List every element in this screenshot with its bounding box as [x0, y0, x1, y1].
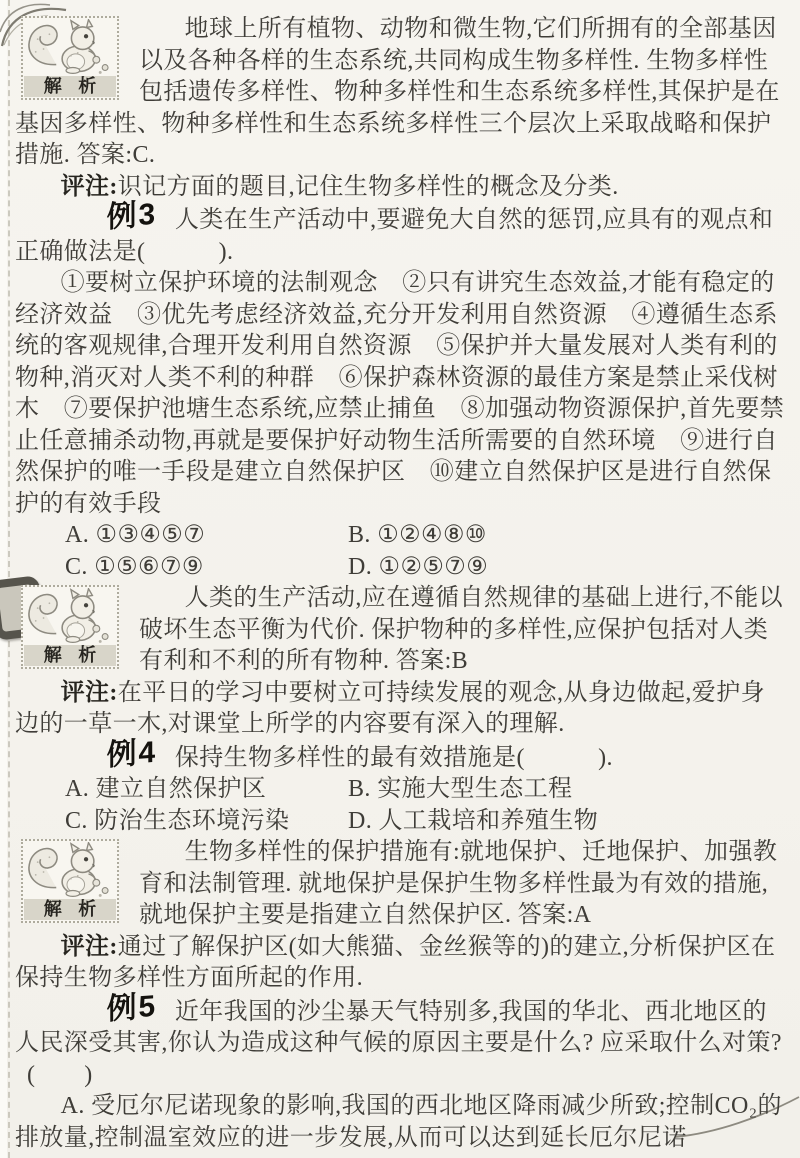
analysis3-text: 生物多样性的保护措施有:就地保护、迁地保护、加强教育和法制管理. 就地保护是保护… [15, 837, 787, 932]
review-note-2: 评注:在平日的学习中要树立可持续发展的观念,从身边做起,爱护身边的一草一木,对课… [15, 678, 787, 741]
scanned-textbook-page: 解 析 地球上所有植物、动物和微生物,它们所拥有的全部基因以及各种各样的生态系统… [0, 0, 800, 1158]
option-c: C. 防治生态环境污染 [65, 806, 348, 838]
analysis-badge-label: 解 析 [24, 76, 116, 97]
review-label: 评注: [61, 680, 118, 706]
option-b: B. 实施大型生态工程 [348, 774, 787, 806]
analysis-block-1: 解 析 地球上所有植物、动物和微生物,它们所拥有的全部基因以及各种各样的生态系统… [15, 14, 787, 172]
analysis-badge-label: 解 析 [24, 645, 116, 666]
review-note-1: 评注:识记方面的题目,记住生物多样性的概念及分类. [15, 172, 787, 204]
example5-answer-blank: ( ) [15, 1060, 787, 1092]
review-text: 通过了解保护区(如大熊猫、金丝猴等的)的建立,分析保护区在保持生物多样性方面所起… [15, 934, 775, 992]
example4-label: 例4 [61, 737, 157, 774]
example4-options: A. 建立自然保护区 B. 实施大型生态工程 C. 防治生态环境污染 D. 人工… [15, 774, 787, 837]
analysis-block-3: 解 析 生物多样性的保护措施有:就地保护、迁地保护、加强教育和法制管理. 就地保… [15, 837, 787, 932]
review-text: 识记方面的题目,记住生物多样性的概念及分类. [118, 174, 619, 200]
review-text: 在平日的学习中要树立可持续发展的观念,从身边做起,爱护身边的一草一木,对课堂上所… [15, 680, 765, 738]
analysis-badge-1: 解 析 [21, 16, 119, 100]
example4-question: 保持生物多样性的最有效措施是( ). [175, 745, 613, 771]
analysis1-text: 地球上所有植物、动物和微生物,它们所拥有的全部基因以及各种各样的生态系统,共同构… [15, 14, 787, 172]
example5-heading: 例5近年我国的沙尘暴天气特别多,我国的华北、西北地区的人民深受其害,你认为造成这… [15, 995, 787, 1060]
squirrel-icon [24, 19, 110, 75]
example3-heading: 例3人类在生产活动中,要避免大自然的惩罚,应具有的观点和正确做法是( ). [15, 203, 787, 268]
squirrel-icon [24, 588, 110, 644]
analysis2-text: 人类的生产活动,应在遵循自然规律的基础上进行,不能以破坏生态平衡为代价. 保护物… [15, 583, 787, 678]
analysis-badge-2: 解 析 [21, 585, 119, 669]
example5-option-a: A. 受厄尔尼诺现象的影响,我国的西北地区降雨减少所致;控制CO₂的排放量,控制… [15, 1091, 787, 1154]
option-c: C. ①⑤⑥⑦⑨ [65, 552, 348, 584]
example3-label: 例3 [61, 200, 157, 237]
review-note-3: 评注:通过了解保护区(如大熊猫、金丝猴等的)的建立,分析保护区在保持生物多样性方… [15, 932, 787, 995]
option-d: D. ①②⑤⑦⑨ [348, 552, 787, 584]
option-b: B. ①②④⑧⑩ [348, 520, 787, 552]
example5-label: 例5 [61, 991, 157, 1028]
review-label: 评注: [61, 934, 118, 960]
analysis-badge-label: 解 析 [24, 899, 116, 920]
analysis-badge-3: 解 析 [21, 839, 119, 923]
example3-items: ①要树立保护环境的法制观念 ②只有讲究生态效益,才能有稳定的经济效益 ③优先考虑… [15, 268, 787, 520]
example3-options: A. ①③④⑤⑦ B. ①②④⑧⑩ C. ①⑤⑥⑦⑨ D. ①②⑤⑦⑨ [15, 520, 787, 583]
option-d: D. 人工栽培和养殖生物 [348, 806, 787, 838]
option-a: A. ①③④⑤⑦ [65, 520, 348, 552]
example4-heading: 例4保持生物多样性的最有效措施是( ). [15, 741, 787, 775]
analysis-block-2: 解 析 人类的生产活动,应在遵循自然规律的基础上进行,不能以破坏生态平衡为代价.… [15, 583, 787, 678]
page-content: 解 析 地球上所有植物、动物和微生物,它们所拥有的全部基因以及各种各样的生态系统… [15, 14, 787, 1154]
squirrel-icon [24, 842, 110, 898]
review-label: 评注: [61, 174, 118, 200]
option-a: A. 建立自然保护区 [65, 774, 348, 806]
